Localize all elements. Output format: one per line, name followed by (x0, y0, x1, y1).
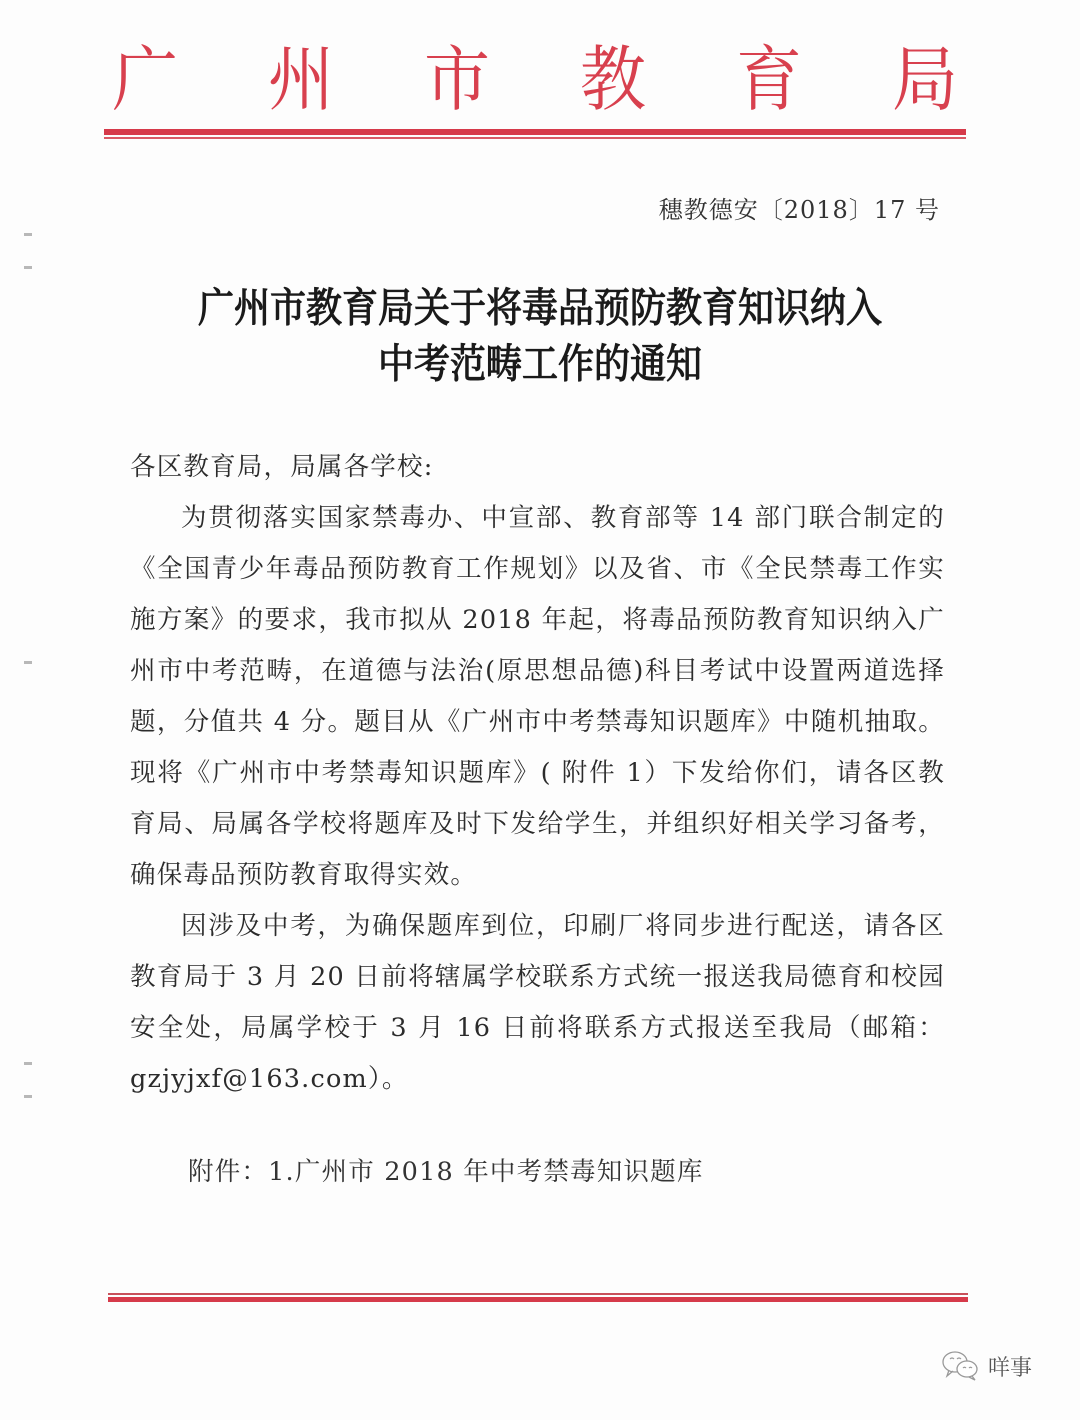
watermark-label: 咩事 (988, 1351, 1032, 1382)
document-title: 广州市教育局关于将毒品预防教育知识纳入 中考范畴工作的通知 (0, 280, 1080, 392)
body-paragraph: 因涉及中考，为确保题库到位，印刷厂将同步进行配送，请各区教育局于 3 月 20 … (130, 901, 945, 1105)
document-page: 广 州 市 教 育 局 穗教德安〔2018〕17 号 广州市教育局关于将毒品预防… (0, 0, 1080, 1420)
margin-mark (24, 661, 32, 664)
letterhead-char: 州 (261, 37, 341, 123)
attachment-line: 附件：1.广州市 2018 年中考禁毒知识题库 (188, 1152, 704, 1192)
document-body: 各区教育局，局属各学校: 为贯彻落实国家禁毒办、中宣部、教育部等 14 部门联合… (130, 442, 945, 1105)
letterhead-char: 育 (729, 37, 809, 123)
letterhead-char: 局 (885, 37, 965, 123)
divider-thin-line (104, 137, 966, 139)
divider-thick-line (108, 1297, 968, 1302)
document-number: 穗教德安〔2018〕17 号 (659, 190, 940, 225)
margin-mark (24, 1062, 32, 1065)
margin-mark (24, 1095, 32, 1098)
salutation: 各区教育局，局属各学校: (130, 442, 945, 493)
margin-mark (24, 233, 32, 236)
letterhead-char: 广 (105, 37, 185, 123)
body-paragraph: 为贯彻落实国家禁毒办、中宣部、教育部等 14 部门联合制定的《全国青少年毒品预防… (130, 493, 945, 901)
divider-thin-line (108, 1293, 968, 1295)
title-line-1: 广州市教育局关于将毒品预防教育知识纳入 (0, 277, 1080, 340)
divider-thick-line (104, 129, 966, 135)
margin-mark (24, 266, 32, 269)
title-line-2: 中考范畴工作的通知 (0, 333, 1080, 396)
letterhead-char: 市 (417, 37, 497, 123)
wechat-icon (940, 1350, 982, 1382)
watermark: 咩事 (940, 1350, 1032, 1382)
letterhead-char: 教 (573, 37, 653, 123)
letterhead-org-name: 广 州 市 教 育 局 (105, 40, 965, 120)
